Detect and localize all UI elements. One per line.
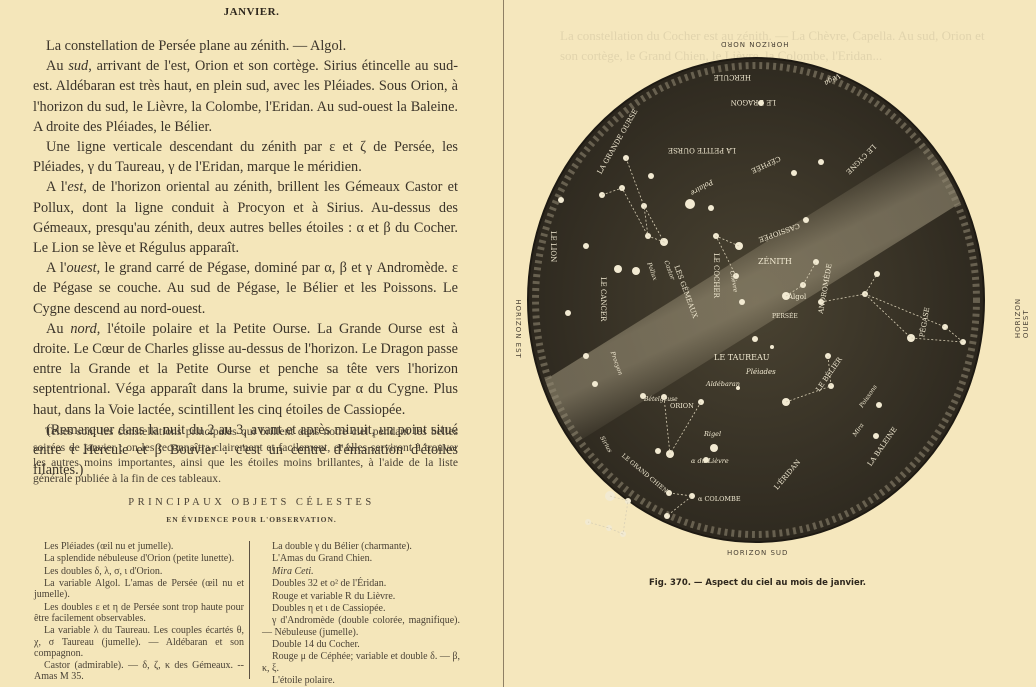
list-item: Les doubles ε et η de Persée sont trop h… — [34, 602, 244, 624]
objects-subtitle: EN ÉVIDENCE POUR L'OBSERVATION. — [0, 515, 503, 524]
list-item: La variable Algol. L'amas de Persée (œil… — [34, 578, 244, 600]
objects-title: PRINCIPAUX OBJETS CÉLESTES — [0, 497, 503, 508]
svg-text:ZÉNITH: ZÉNITH — [758, 257, 792, 266]
svg-text:PERSÉE: PERSÉE — [772, 312, 798, 320]
svg-text:Aldébaran: Aldébaran — [705, 380, 740, 388]
svg-text:LE DRAGON: LE DRAGON — [731, 98, 776, 106]
column-divider — [249, 541, 250, 679]
svg-text:LE CANCER: LE CANCER — [599, 277, 607, 322]
paragraph-5: A l'ouest, le grand carré de Pégase, dom… — [33, 258, 458, 319]
svg-text:LE TAUREAU: LE TAUREAU — [714, 353, 770, 362]
objects-list-left: Les Pléiades (œil nu et jumelle). La spl… — [34, 541, 244, 684]
objects-list-right: La double γ du Bélier (charmante). L'Ama… — [262, 541, 460, 687]
list-item: La variable λ du Taureau. Les couples éc… — [34, 625, 244, 659]
star-map: HERCULE LE DRAGON Véga LA GRANDE OURSE L… — [526, 56, 986, 544]
list-item: Les doubles δ, λ, σ, ι d'Orion. — [34, 566, 244, 577]
figure-caption: Fig. 370. — Aspect du ciel au mois de ja… — [649, 578, 866, 588]
main-text: La constellation de Persée plane au zéni… — [33, 36, 458, 480]
horizon-south-label: HORIZON SUD — [727, 549, 788, 557]
list-item: Rouge et variable R du Lièvre. — [262, 591, 460, 602]
list-item: Doubles η et ι de Cassiopée. — [262, 603, 460, 614]
paragraph-4: A l'est, de l'horizon oriental au zénith… — [33, 177, 458, 258]
paragraph-3: Une ligne verticale descendant du zénith… — [33, 137, 458, 177]
running-head: JANVIER. — [0, 6, 503, 18]
list-item: La double γ du Bélier (charmante). — [262, 541, 460, 552]
paragraph-1: La constellation de Persée plane au zéni… — [33, 36, 458, 56]
list-item: L'Amas du Grand Chien. — [262, 553, 460, 564]
svg-text:Pléiades: Pléiades — [745, 368, 776, 376]
svg-text:Algol: Algol — [787, 293, 807, 301]
svg-text:LA PETITE OURSE: LA PETITE OURSE — [668, 146, 736, 154]
svg-text:Rigel: Rigel — [703, 430, 721, 438]
horizon-north-label: HORIZON NORD — [720, 40, 788, 48]
list-item: La splendide nébuleuse d'Orion (petite l… — [34, 553, 244, 564]
list-item: Mira Ceti. — [262, 566, 460, 577]
svg-text:α du Lièvre: α du Lièvre — [691, 457, 729, 465]
paragraph-2: Au sud, arrivant de l'est, Orion et son … — [33, 56, 458, 137]
horizon-east-label: HORIZON EST — [514, 299, 522, 359]
list-item: Castor (admirable). — δ, ζ, κ des Gémeau… — [34, 660, 244, 682]
list-item: L'étoile polaire. — [262, 675, 460, 686]
svg-text:LE LION: LE LION — [549, 231, 557, 262]
list-item: Double 14 du Cocher. — [262, 639, 460, 650]
left-page: JANVIER. La constellation de Persée plan… — [0, 0, 503, 687]
horizon-west-label: HORIZON OUEST — [1014, 298, 1030, 338]
svg-text:α COLOMBE: α COLOMBE — [698, 495, 741, 503]
svg-text:LE COCHER: LE COCHER — [712, 253, 720, 299]
svg-text:ORION: ORION — [670, 402, 694, 410]
list-item: Les Pléiades (œil nu et jumelle). — [34, 541, 244, 552]
list-item: Doubles 32 et o² de l'Éridan. — [262, 578, 460, 589]
summary-text: Telles sont les constellations principal… — [33, 424, 458, 486]
paragraph-6: Au nord, l'étoile polaire et la Petite O… — [33, 319, 458, 420]
list-item: γ d'Andromède (double colorée, magnifiqu… — [262, 615, 460, 637]
list-item: Rouge μ de Céphée; variable et double δ.… — [262, 651, 460, 673]
svg-text:HERCULE: HERCULE — [714, 73, 752, 81]
